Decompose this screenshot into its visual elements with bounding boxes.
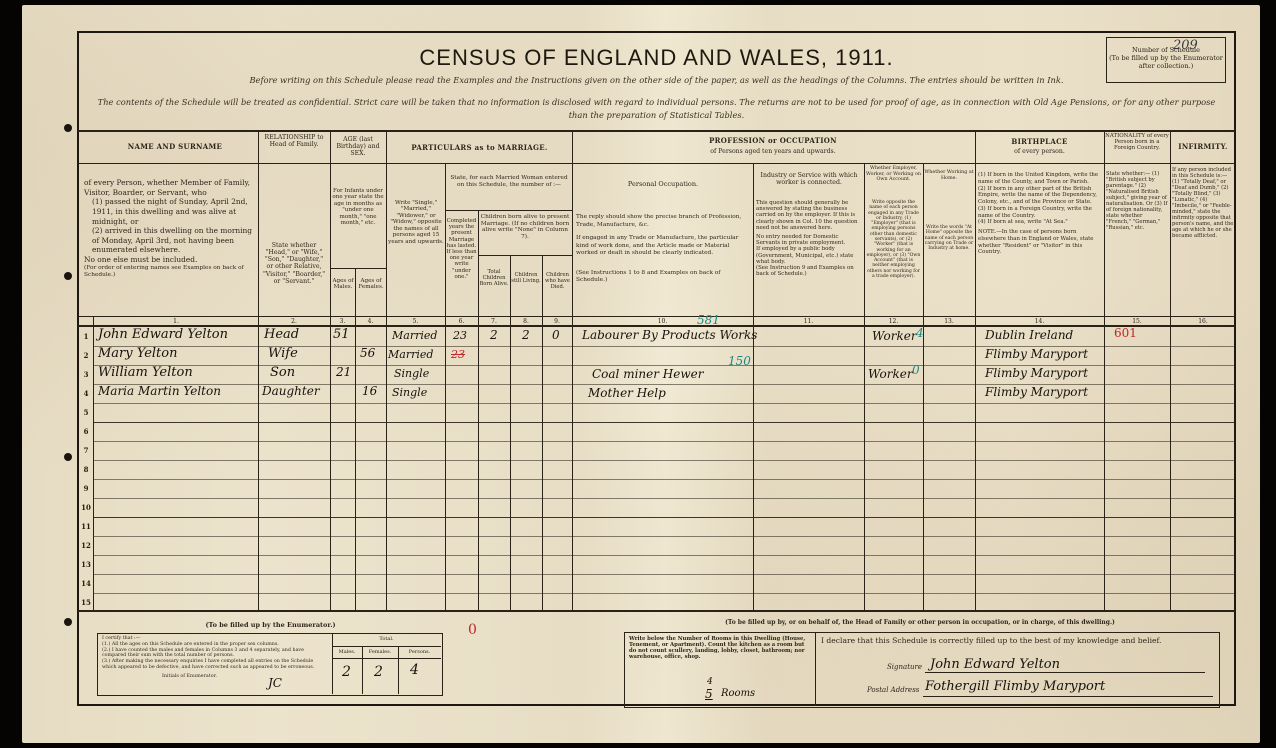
header-industry-desc: This question should generally be answer…	[756, 200, 862, 277]
birthplace-code: 601	[1114, 326, 1137, 340]
row-divider	[93, 536, 1235, 537]
header-occupation-sub: of Persons aged ten years and upwards.	[573, 148, 973, 155]
header-industry: Industry or Service with which worker is…	[755, 172, 863, 186]
rooms-value: 5	[705, 687, 713, 701]
column-number: 7.	[478, 318, 510, 325]
header-children-living: Children still Living.	[511, 273, 541, 285]
header-birthplace-sub: of every person.	[976, 148, 1103, 155]
birthplace: Flimby Maryport	[985, 385, 1088, 399]
column-number: 10.	[572, 318, 753, 325]
punch-hole	[64, 453, 72, 461]
row-divider	[93, 574, 1235, 575]
age-female: 16	[362, 384, 377, 398]
header-occupation: PROFESSION or OCCUPATION	[573, 137, 973, 145]
column-number: 16.	[1170, 318, 1236, 325]
row-number: 9	[79, 484, 93, 493]
header-employer: Whether Employer, Worker, or Working on …	[865, 166, 922, 183]
document-title: CENSUS OF ENGLAND AND WALES, 1911.	[79, 45, 1234, 71]
header-age-males: Ages of Males.	[331, 278, 355, 291]
age-male: 51	[333, 327, 350, 342]
occupation: Mother Help	[588, 386, 666, 400]
header-infirmity: INFIRMITY.	[1171, 143, 1235, 151]
head-declaration-box: Write below the Number of Rooms in this …	[624, 632, 1220, 708]
years-married: 23	[453, 329, 467, 342]
header-nationality: NATIONALITY of every Person born in a Fo…	[1105, 133, 1169, 152]
birthplace: Flimby Maryport	[985, 366, 1088, 380]
relationship: Son	[270, 365, 295, 380]
age-male: 21	[336, 365, 351, 379]
header-married-woman: State, for each Married Woman entered on…	[448, 175, 570, 188]
row-number: 11	[79, 522, 93, 531]
header-age: AGE (last Birthday) and SEX.	[331, 136, 385, 157]
header-personal-occupation: Personal Occupation.	[573, 181, 753, 188]
column-number: 6.	[445, 318, 478, 325]
column-number: 12.	[864, 318, 923, 325]
header-name-desc: of every Person, whether Member of Famil…	[84, 178, 256, 280]
relationship: Daughter	[262, 384, 320, 398]
employment-status: Worker	[868, 367, 913, 381]
row-number: 8	[79, 465, 93, 474]
enumerator-heading: (To be filled up by the Enumerator.)	[88, 622, 453, 629]
signature-label: Signature	[887, 663, 922, 671]
header-personal-desc: The reply should show the precise branch…	[576, 214, 750, 285]
column-number: 13.	[923, 318, 975, 325]
children-total: 2	[490, 328, 498, 342]
employment-code: 4	[916, 326, 924, 340]
header-home-desc: Write the words "At Home" opposite the n…	[924, 225, 974, 251]
row-number: 14	[79, 579, 93, 588]
header-nationality-desc: State whether:— (1) "British subject by …	[1106, 172, 1168, 232]
total-males: 2	[342, 664, 351, 680]
row-divider	[93, 517, 1235, 518]
column-number: 11.	[753, 318, 864, 325]
marital-condition: Married	[392, 329, 437, 342]
column-number: 8.	[510, 318, 542, 325]
marital-condition: Single	[392, 386, 427, 399]
occupation: Labourer By Products Works	[582, 328, 757, 342]
header-relationship: RELATIONSHIP to Head of Family.	[259, 134, 329, 148]
row-number: 6	[79, 427, 93, 436]
header-employer-desc: Write opposite the name of each person e…	[865, 200, 922, 279]
row-number: 10	[79, 503, 93, 512]
column-number: 4.	[355, 318, 386, 325]
confidential-line-2: than the preparation of Statistical Tabl…	[79, 110, 1234, 120]
row-number: 7	[79, 446, 93, 455]
rooms-label: Rooms	[721, 688, 755, 699]
schedule-number: 209	[1173, 38, 1198, 53]
age-female: 56	[360, 346, 375, 360]
header-total-children: Total Children Born Alive.	[479, 270, 509, 288]
declaration-text: I declare that this Schedule is correctl…	[821, 637, 1217, 646]
row-divider	[93, 422, 1235, 423]
children-died: 0	[552, 328, 560, 342]
occupation: Coal miner Hewer	[592, 367, 704, 381]
schedule-number-box: Number of Schedule 209 (To be filled up …	[1106, 37, 1226, 83]
employment-status: Worker	[872, 329, 917, 343]
header-children-died: Children who have Died.	[543, 273, 572, 291]
header-marriage: PARTICULARS as to MARRIAGE.	[387, 144, 572, 152]
signature[interactable]: John Edward Yelton	[930, 657, 1060, 672]
instruction-line: Before writing on this Schedule please r…	[199, 75, 1114, 85]
row-divider	[93, 403, 1235, 404]
header-relationship-desc: State whether "Head," or "Wife," "Son," …	[262, 242, 326, 285]
marital-condition: Married	[388, 348, 433, 361]
years-married: 23	[451, 348, 465, 361]
row-number: 13	[79, 560, 93, 569]
confidential-line: The contents of the Schedule will be tre…	[89, 97, 1224, 107]
head-heading: (To be filled up by, or on behalf of, th…	[620, 620, 1220, 627]
punch-hole	[64, 124, 72, 132]
postal-address[interactable]: Fothergill Flimby Maryport	[925, 679, 1105, 694]
column-number: 9.	[542, 318, 572, 325]
row-number: 5	[79, 408, 93, 417]
header-birthplace: BIRTHPLACE	[976, 138, 1103, 146]
header-age-desc: For Infants under one year state the age…	[331, 188, 385, 227]
females-label: Females.	[362, 650, 398, 656]
row-divider	[93, 441, 1235, 442]
column-number: 2.	[258, 318, 330, 325]
person-name: John Edward Yelton	[98, 327, 228, 342]
row-divider	[93, 555, 1235, 556]
red-check-mark: 0	[468, 622, 477, 638]
header-birthplace-desc: (1) If born in the United Kingdom, write…	[978, 172, 1101, 256]
header-name: NAME AND SURNAME	[95, 143, 255, 151]
enumerator-certification: I certify that :— (1.) All the ages on t…	[102, 636, 327, 679]
header-home: Whether Working at Home.	[924, 170, 974, 181]
males-label: Males.	[332, 650, 362, 656]
postal-address-label: Postal Address	[867, 686, 919, 694]
header-infirmity-desc: If any person included in this Schedule …	[1172, 168, 1234, 240]
person-name: William Yelton	[98, 365, 193, 380]
marital-condition: Single	[394, 367, 429, 380]
column-number: 14.	[975, 318, 1104, 325]
total-label: Total.	[332, 637, 441, 643]
total-persons: 4	[410, 662, 419, 678]
relationship: Wife	[268, 346, 298, 361]
enumerator-box: I certify that :— (1.) All the ages on t…	[97, 633, 443, 696]
relationship: Head	[264, 327, 299, 342]
header-children: Children born alive to present Marriage.…	[480, 214, 570, 241]
column-number: 5.	[386, 318, 445, 325]
birthplace: Flimby Maryport	[985, 347, 1088, 361]
row-divider	[93, 479, 1235, 480]
occupation-code: 581	[697, 313, 720, 327]
rooms-correction: 4	[707, 677, 713, 687]
persons-label: Persons.	[398, 650, 441, 656]
rooms-instruction: Write below the Number of Rooms in this …	[629, 636, 811, 660]
enumerator-initials: JC	[268, 676, 282, 690]
row-divider	[93, 593, 1235, 594]
header-years-married: Completed years the present Marriage has…	[446, 218, 477, 280]
children-living: 2	[522, 328, 530, 342]
birthplace: Dublin Ireland	[985, 328, 1073, 342]
header-condition: Write "Single," "Married," "Widower," or…	[388, 200, 444, 245]
employment-code: 0	[912, 363, 920, 377]
row-divider	[93, 498, 1235, 499]
person-name: Mary Yelton	[98, 346, 177, 361]
row-number: 12	[79, 541, 93, 550]
schedule-number-note: (To be filled up by the Enumerator after…	[1107, 54, 1225, 70]
person-name: Maria Martin Yelton	[98, 384, 221, 398]
column-number: 1.	[94, 318, 258, 325]
occupation-code: 150	[728, 354, 751, 368]
header-age-females: Ages of Females.	[356, 278, 386, 291]
row-number: 15	[79, 598, 93, 607]
row-divider	[93, 460, 1235, 461]
punch-hole	[64, 272, 72, 280]
column-number: 3.	[330, 318, 355, 325]
punch-hole	[64, 618, 72, 626]
column-number: 15.	[1104, 318, 1170, 325]
total-females: 2	[374, 664, 383, 680]
